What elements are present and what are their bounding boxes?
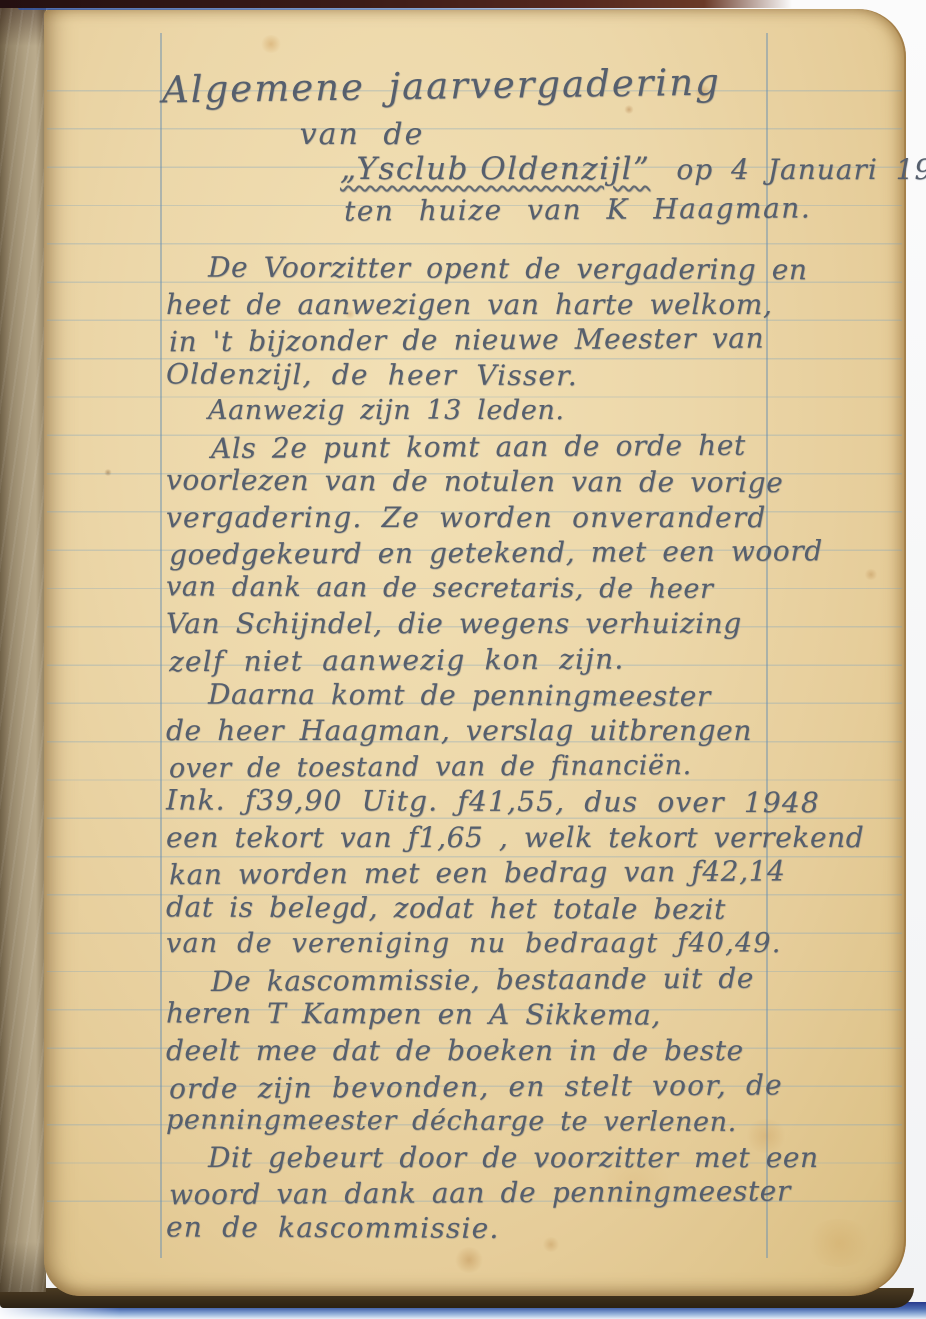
manuscript-line: van de vereniging nu bedraagt ƒ40,49. [166, 926, 892, 962]
manuscript-line: voorlezen van de notulen van de vorige [166, 463, 892, 502]
notebook-page: Algemene jaarvergadering van de „Ysclub … [44, 9, 906, 1296]
heading-location: ten huize van K Haagman. [344, 191, 811, 227]
heading-title: Algemene jaarvergadering [162, 62, 643, 112]
meeting-date: op 4 Januari 1949 [676, 153, 926, 186]
manuscript-line: heet de aanwezigen van harte welkom, [166, 287, 892, 323]
manuscript-line: Ink. ƒ39,90 Uitg. ƒ41,55, dus over 1948 [166, 783, 892, 822]
manuscript-line: Daarna komt de penningmeester [166, 676, 892, 715]
manuscript-line: Dit gebeurt door de voorzitter met een [166, 1140, 892, 1176]
manuscript-line: goedgekeurd en getekend, met een woord [169, 533, 895, 573]
heading-club-and-date: „Ysclub Oldenzijl”op 4 Januari 1949 [340, 151, 926, 187]
manuscript-line: een tekort van ƒ1,65 , welk tekort verre… [166, 820, 892, 856]
manuscript-line: kan worden met een bedrag van ƒ42,14 [169, 853, 895, 893]
manuscript-line: penningmeester décharge te verlenen. [166, 1103, 892, 1142]
manuscript-line: De Voorzitter opent de vergadering en [166, 249, 892, 288]
stain [454, 1247, 484, 1273]
margin-line-left [160, 33, 162, 1258]
manuscript-line: zelf niet aanwezig kon zijn. [169, 640, 895, 680]
manuscript-line: Aanwezig zijn 13 leden. [166, 393, 892, 429]
stain [260, 35, 282, 53]
manuscript-line: heren T Kampen en A Sikkema, [166, 996, 892, 1035]
manuscript-body: De Voorzitter opent de vergadering enhee… [166, 251, 892, 1246]
heading-van-de: van de [162, 117, 562, 152]
club-name: „Ysclub Oldenzijl” [340, 151, 650, 187]
manuscript-line: orde zijn bevonden, en stelt voor, de [169, 1066, 895, 1106]
manuscript-line: in 't bijzonder de nieuwe Meester van [169, 320, 895, 360]
book-cover-top-edge [0, 0, 800, 8]
manuscript-line: de heer Haagman, verslag uitbrengen [166, 713, 892, 749]
manuscript-line: De kascommissie, bestaande uit de [169, 960, 895, 1000]
manuscript-line: dat is belegd, zodat het totale bezit [166, 889, 892, 928]
manuscript-line: Oldenzijl, de heer Visser. [166, 356, 892, 395]
manuscript-line: deelt mee dat de boeken in de beste [166, 1033, 892, 1069]
manuscript-line: vergadering. Ze worden onveranderd [166, 500, 892, 536]
scanned-notebook-page: Algemene jaarvergadering van de „Ysclub … [0, 0, 926, 1319]
manuscript-line: en de kascommissie. [166, 1209, 892, 1248]
manuscript-line: Van Schijndel, die wegens verhuizing [166, 606, 892, 642]
manuscript-line: Als 2e punt komt aan de orde het [169, 426, 895, 466]
manuscript-line: van dank aan de secretaris, de heer [166, 569, 892, 608]
manuscript-line: woord van dank aan de penningmeester [169, 1173, 895, 1213]
book-spine [0, 6, 46, 1292]
manuscript-line: over de toestand van de financiën. [169, 746, 895, 786]
